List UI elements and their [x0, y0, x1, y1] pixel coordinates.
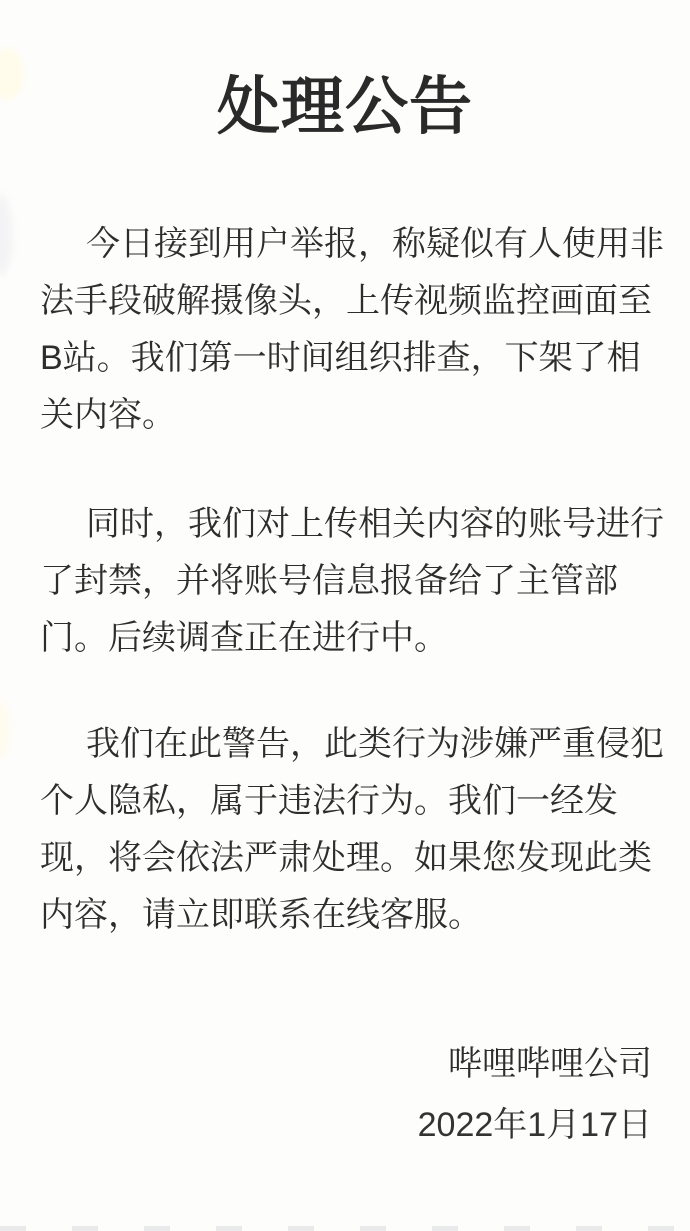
photo-bottom-edge-artifact	[0, 1226, 690, 1231]
text-line: 门。后续调查正在进行中。	[40, 610, 650, 667]
text-line: 今日接到用户举报，称疑似有人使用非	[40, 216, 650, 273]
text-line: 关内容。	[40, 387, 650, 444]
announcement-page: 处理公告 今日接到用户举报，称疑似有人使用非 法手段破解摄像头，上传视频监控画面…	[0, 0, 690, 1231]
text-line: 了封禁，并将账号信息报备给了主管部	[40, 553, 650, 610]
paragraph-warning: 我们在此警告，此类行为涉嫌严重侵犯 个人隐私，属于违法行为。我们一经发 现，将会…	[40, 716, 650, 944]
text-line: 个人隐私，属于违法行为。我们一经发	[40, 773, 650, 830]
photo-edge-artifact	[0, 700, 10, 760]
text-line: 法手段破解摄像头，上传视频监控画面至	[40, 273, 650, 330]
text-line: 现，将会依法严肃处理。如果您发现此类	[40, 830, 650, 887]
text-line: B站。我们第一时间组织排查，下架了相	[40, 330, 650, 387]
page-title: 处理公告	[0, 68, 690, 146]
paragraph-action: 同时，我们对上传相关内容的账号进行 了封禁，并将账号信息报备给了主管部 门。后续…	[40, 496, 650, 667]
photo-edge-artifact	[0, 195, 12, 275]
paragraph-report: 今日接到用户举报，称疑似有人使用非 法手段破解摄像头，上传视频监控画面至 B站。…	[40, 216, 650, 444]
text-line: 内容，请立即联系在线客服。	[40, 887, 650, 944]
text-line: 同时，我们对上传相关内容的账号进行	[40, 496, 650, 553]
text-line: 我们在此警告，此类行为涉嫌严重侵犯	[40, 716, 650, 773]
announcement-date: 2022年1月17日	[418, 1097, 652, 1154]
company-signature: 哔哩哔哩公司	[448, 1036, 652, 1093]
